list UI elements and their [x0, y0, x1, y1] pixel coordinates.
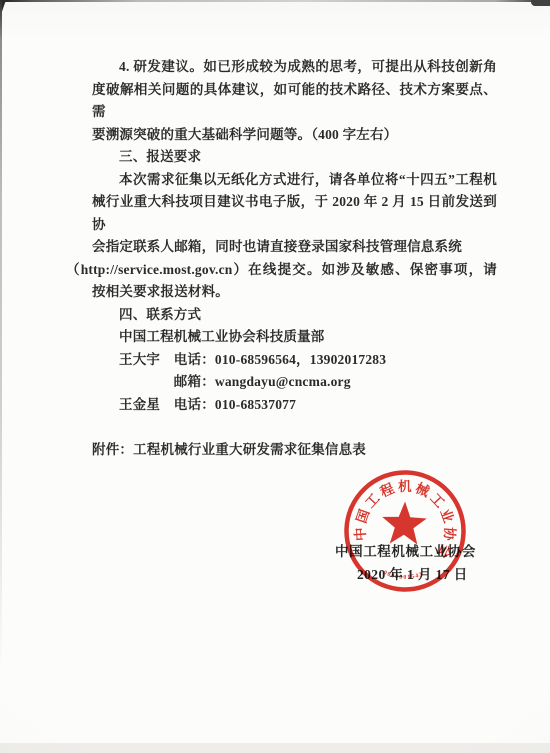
scan-top-edge	[0, 0, 550, 2]
document-line: 械行业重大科技项目建议书电子版，于 2020 年 2 月 15 日前发送到协	[92, 191, 497, 236]
scan-bottom-shade	[0, 743, 550, 753]
document-line-url: （http://service.most.gov.cn）在线提交。如涉及敏感、保…	[92, 259, 497, 282]
document-line: 度破解相关问题的具体建议，如可能的技术路径、技术方案要点、需	[92, 79, 497, 124]
document-line: 要溯源突破的重大基础科学问题等。（400 字左右）	[92, 124, 497, 147]
blank-line	[92, 416, 497, 439]
document-line: 本次需求征集以无纸化方式进行，请各单位将“十四五”工程机	[92, 169, 497, 192]
contact-email-line: 邮箱：wangdayu@cncma.org	[92, 371, 497, 394]
seal-arc-char: 械	[413, 480, 432, 500]
seal-arc-char: 业	[438, 507, 457, 525]
seal-serial: 0000001543	[382, 570, 425, 582]
seal-arc-char: 工	[427, 490, 448, 510]
scan-left-edge	[0, 0, 2, 672]
contact-department: 中国工程机械工业协会科技质量部	[92, 326, 497, 349]
seal-arc-char: 程	[378, 480, 397, 500]
document-line: 4. 研发建议。如已形成较为成熟的思考，可提出从科技创新角	[92, 56, 497, 79]
seal-arc-char: 国	[353, 507, 373, 526]
document-line: 按相关要求报送材料。	[92, 281, 497, 304]
star-icon	[381, 501, 427, 545]
scan-corner-mark-top-right	[531, 0, 550, 6]
section-heading-submission: 三、报送要求	[92, 146, 497, 169]
contact-phone-line: 王大宇 电话：010-68596564，13902017283	[92, 349, 497, 372]
seal-arc-char: 协	[441, 527, 458, 542]
document-line: 会指定联系人邮箱，同时也请直接登录国家科技管理信息系统	[92, 236, 497, 259]
official-seal: 中国工程机械工业协会 0000001543	[327, 453, 482, 608]
contact-phone-line: 王金星 电话：010-68537077	[92, 394, 497, 417]
section-heading-contact: 四、联系方式	[92, 304, 497, 327]
document-body: 4. 研发建议。如已形成较为成熟的思考，可提出从科技创新角 度破解相关问题的具体…	[92, 56, 497, 461]
seal-arc-char: 工	[362, 490, 383, 510]
seal-arc-char: 机	[398, 478, 412, 494]
seal-arc-char: 中	[352, 527, 369, 542]
seal-arc-char: 会	[435, 542, 456, 562]
